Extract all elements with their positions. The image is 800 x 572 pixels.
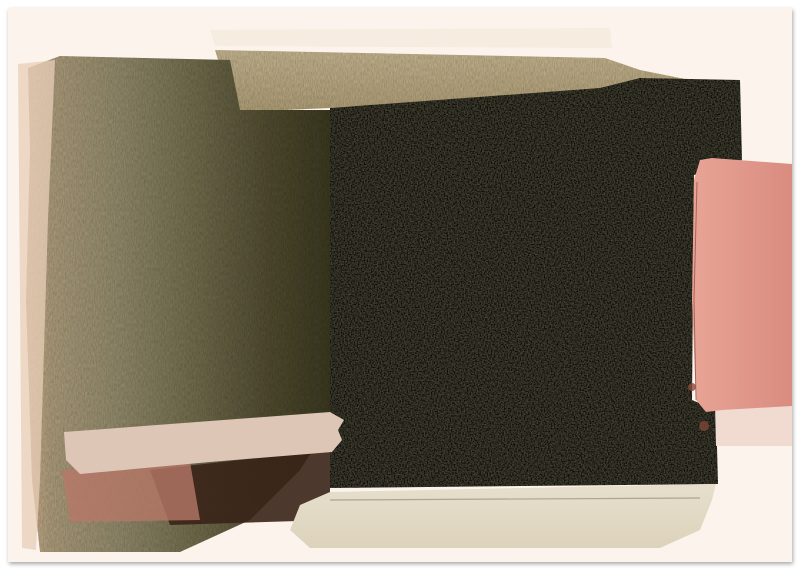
blush-pink-block — [692, 158, 792, 412]
pale-pink-wash — [715, 405, 792, 446]
cream-bottom-stroke — [290, 484, 716, 548]
artwork-frame: Abstract painting with olive, black, blu… — [8, 8, 792, 562]
black-block — [330, 78, 742, 488]
top-wash-stroke — [210, 28, 612, 48]
abstract-painting — [8, 8, 792, 562]
